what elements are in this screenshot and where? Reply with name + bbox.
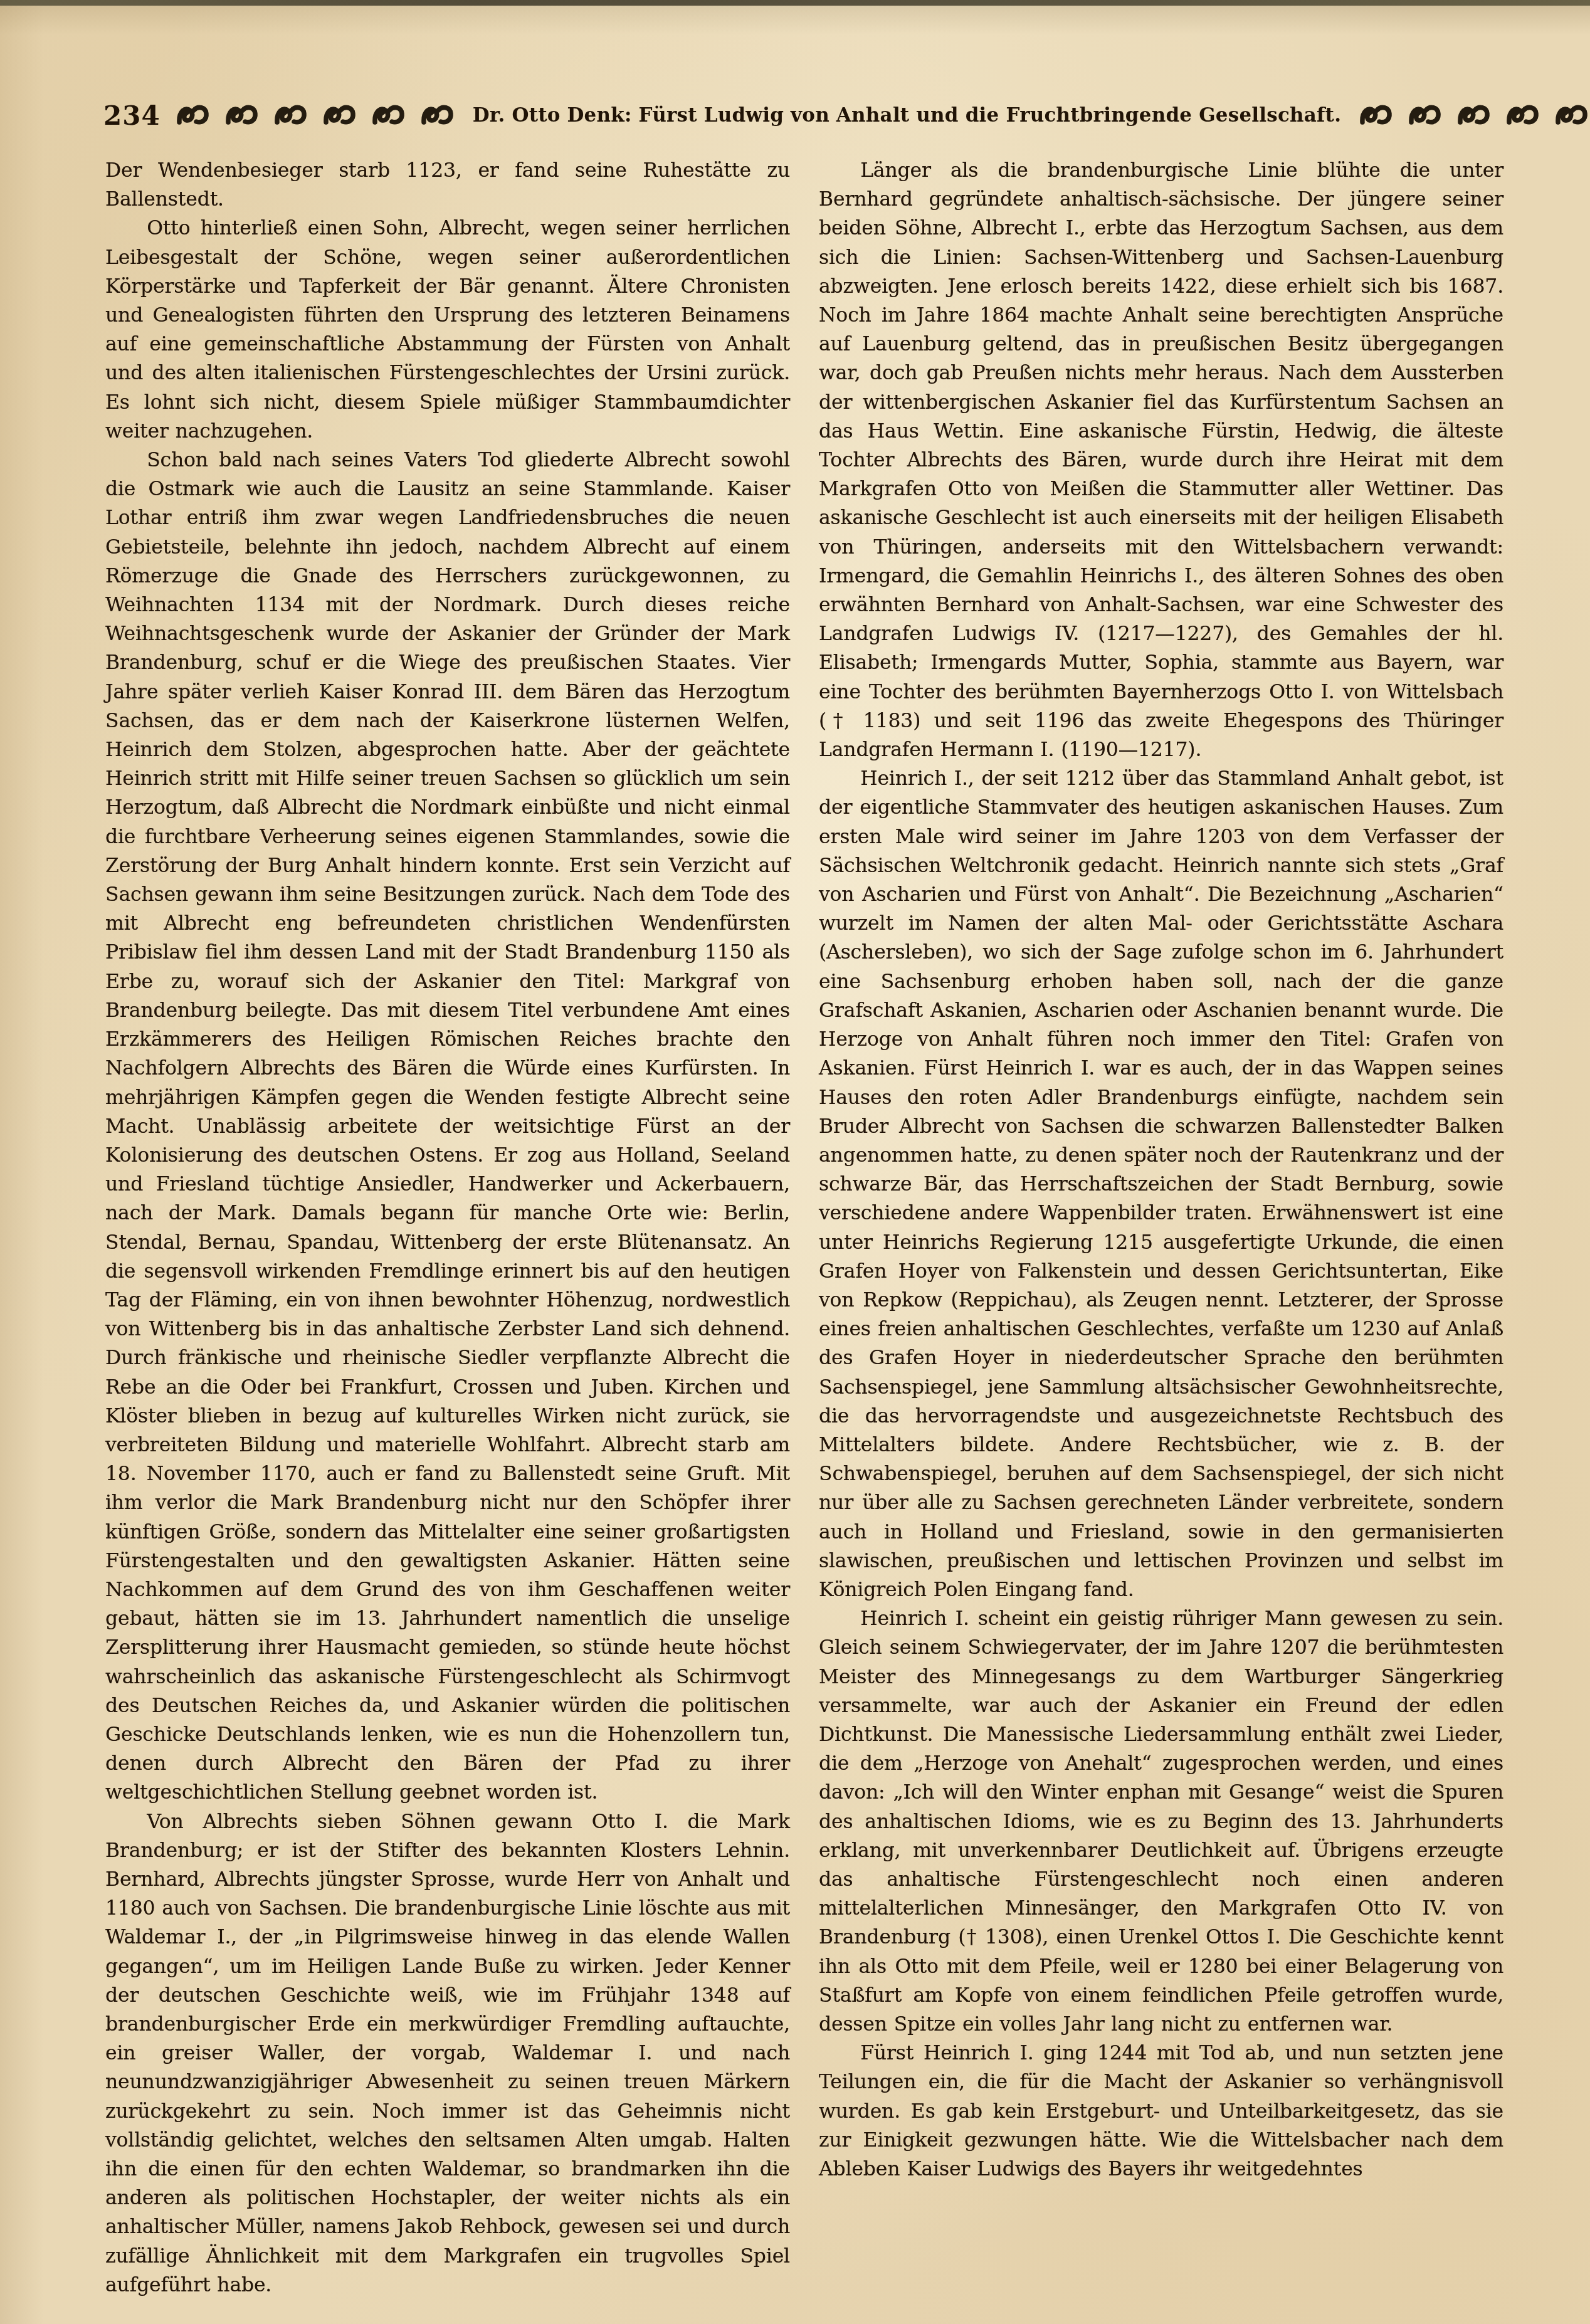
scroll-ornament-icon (421, 103, 454, 128)
paragraph: Schon bald nach seines Vaters Tod gliede… (105, 446, 790, 1807)
ornament-row (1360, 103, 1590, 128)
paragraph: Heinrich I., der seit 1212 über das Stam… (819, 764, 1503, 1604)
text-body: Der Wendenbesieger starb 1123, er fand s… (105, 156, 1503, 2161)
scroll-ornament-icon (226, 103, 258, 128)
scroll-ornament-icon (1409, 103, 1441, 128)
scroll-ornament-icon (1458, 103, 1490, 128)
paragraph: Länger als die brandenburgische Linie bl… (819, 156, 1503, 764)
scroll-ornament-icon (1556, 103, 1588, 128)
column-right: Länger als die brandenburgische Linie bl… (819, 156, 1503, 2161)
scroll-ornament-icon (324, 103, 356, 128)
column-left: Der Wendenbesieger starb 1123, er fand s… (105, 156, 790, 2161)
paragraph: Otto hinterließ einen Sohn, Albrecht, we… (105, 214, 790, 446)
ornament-row (177, 103, 454, 128)
scroll-ornament-icon (1507, 103, 1539, 128)
paragraph: Heinrich I. scheint ein geistig rühriger… (819, 1604, 1503, 2039)
scan-top-edge (0, 0, 1590, 6)
scroll-ornament-icon (372, 103, 405, 128)
paragraph: Fürst Heinrich I. ging 1244 mit Tod ab, … (819, 2039, 1503, 2184)
page-number: 234 (103, 100, 161, 131)
scroll-ornament-icon (1360, 103, 1393, 128)
scroll-ornament-icon (177, 103, 209, 128)
book-page: { "page": { "number": "234", "header": {… (0, 0, 1590, 2324)
paragraph: Der Wendenbesieger starb 1123, er fand s… (105, 156, 790, 214)
page-header: 234 Dr. Otto Denk: Fürst Ludwig von Anha… (103, 95, 1502, 135)
running-title: Dr. Otto Denk: Fürst Ludwig von Anhalt u… (473, 104, 1341, 127)
paragraph: Von Albrechts sieben Söhnen gewann Otto … (105, 1807, 790, 2300)
scroll-ornament-icon (275, 103, 307, 128)
